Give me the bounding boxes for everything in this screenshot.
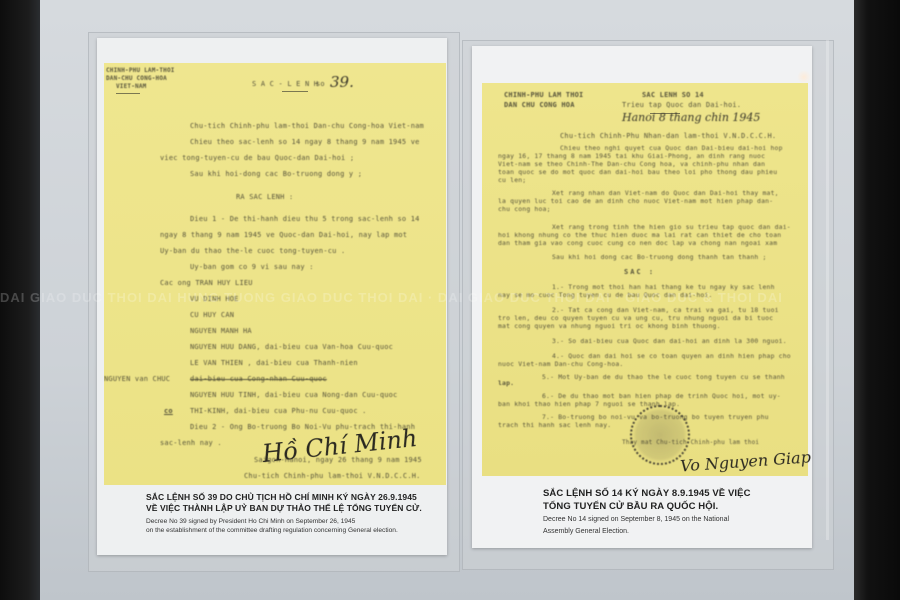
doc-number-label: so (316, 80, 325, 88)
doc-body-line: trach thi hanh sac lenh nay. (498, 421, 611, 429)
doc-header-line: DAN-CHU CONG-HOA (106, 75, 167, 82)
doc-body-line: 5.- Mot Uy-ban de du thao the le cuoc to… (542, 373, 785, 381)
doc-body-line: LE VAN THIEN , dai-bieu cua Thanh-nien (190, 359, 358, 367)
doc-header-line: VIET-NAM (116, 83, 147, 90)
doc-body-line: Dieu 1 - De thi-hanh dieu thu 5 trong sa… (190, 215, 420, 223)
doc-body-line: dan tham gia vao cong cuoc cung co nen d… (498, 239, 777, 247)
doc-body-line: NGUYEN HUU TINH, dai-bieu cua Nong-dan C… (190, 391, 397, 399)
doc-body-line: THI-KINH, dai-bieu cua Phu-nu Cuu-quoc . (190, 407, 367, 415)
doc-body-line: Xet rang trong tinh the hien gio su trie… (552, 223, 791, 231)
doc-body-line: 2.- Tat ca cong dan Viet-nam, ca trai va… (552, 306, 779, 314)
doc-body-line: Xet rang nhan dan Viet-nam do Quoc dan D… (552, 189, 779, 197)
caption-title-line: SẮC LỆNH SỐ 14 KÝ NGÀY 8.9.1945 VỀ VIỆC (543, 487, 803, 500)
title-rule (282, 91, 308, 92)
doc-body-line: Sau khi hoi-dong cac Bo-truong dong y ; (190, 170, 362, 178)
caption-decree-14: SẮC LỆNH SỐ 14 KÝ NGÀY 8.9.1945 VỀ VIỆC … (543, 487, 803, 537)
doc-body-line: tro len, deu co quyen tuyen cu va ung cu… (498, 314, 773, 322)
doc-body-line: Viet-nam se theo Chinh-The Dan-chu Cong … (498, 160, 765, 168)
doc-signer-title: Chu-tich Chinh-phu lam-thoi V.N.D.C.C.H. (244, 472, 421, 480)
doc-body-line: ngay 16, 17 thang 8 nam 1945 tai khu Gia… (498, 152, 765, 160)
doc-body-line: 3.- So dai-bieu cua Quoc dan dai-hoi an … (552, 337, 787, 345)
caption-english-line: Decree No 39 signed by President Ho Chi … (146, 517, 446, 526)
doc-body-line: mat cong quyen va nhung nguoi tri oc kho… (498, 322, 721, 330)
caption-title-line: VỀ VIỆC THÀNH LẬP UỶ BAN DỰ THẢO THỂ LỆ … (146, 503, 446, 514)
doc-body-line: lap. (498, 379, 514, 387)
doc-body-line: toan quoc se do mot quoc dan dai-hoi bau… (498, 168, 777, 176)
doc-title: S A C - L E N H (252, 80, 318, 88)
doc-body-line: 4.- Quoc dan dai hoi se co toan quyen an… (552, 352, 791, 360)
doc-body-line: 6.- De du thao mot ban hien phap de trin… (542, 392, 781, 400)
doc-body-line: hoi khong nhung co the thuc hien duoc ma… (498, 231, 781, 239)
caption-title-line: TỔNG TUYỂN CỬ BẦU RA QUỐC HỘI. (543, 500, 803, 513)
exhibit-photo: CHINH-PHU LAM-THOI DAN-CHU CONG-HOA VIET… (0, 0, 900, 600)
doc-body-line: Chu-tich Chinh-phu lam-thoi Dan-chu Cong… (190, 122, 424, 130)
light-glare (797, 70, 811, 84)
doc-header-line: CHINH-PHU LAM THOI (504, 91, 583, 99)
doc-body-line: dai-bieu cua Cong-nhan Cuu-quoc (190, 375, 327, 383)
doc-body-line: Chieu theo nghi quyet cua Quoc dan Dai-b… (560, 144, 783, 152)
doc-body-line: nuoc Viet-nam Dan-chu Cong-hoa. (498, 360, 623, 368)
doc-body-line: Uy-ban gom co 9 vi sau nay : (190, 263, 314, 271)
doc-body-line: Chieu theo sac-lenh so 14 ngay 8 thang 9… (190, 138, 420, 146)
caption-english-line: Assembly General Election. (543, 526, 803, 537)
doc-body-line: NGUYEN MANH HA (190, 327, 252, 335)
doc-date-handwritten: Hanoi 8 thang chin 1945 (622, 111, 760, 124)
doc-body-heading: SAC : (624, 268, 655, 276)
doc-body-line: viec tong-tuyen-cu de bau Quoc-dan Dai-h… (160, 154, 354, 162)
doc-body-line: Sau khi hoi dong cac Bo-truong dong than… (552, 253, 767, 261)
doc-body-line: la quyen luc toi cao de an dinh cho nuoc… (498, 197, 773, 205)
caption-english-line: on the establishment of the committee dr… (146, 526, 446, 535)
doc-subtitle: Trieu tap Quoc dan Dai-hoi. (622, 101, 741, 109)
doc-body-line: co (164, 407, 173, 415)
doc-body-heading: RA SAC LENH : (236, 193, 293, 201)
doc-body-line: CU HUY CAN (190, 311, 234, 319)
doc-title: SAC LENH SO 14 (642, 91, 704, 99)
header-rule (116, 93, 140, 94)
doc-body-line: NGUYEN HUU DANG, dai-bieu cua Van-hoa Cu… (190, 343, 393, 351)
doc-body-line: Uy-ban du thao the-le cuoc tong-tuyen-cu… (160, 247, 345, 255)
photo-watermark: DAI GIAO DUC THOI DAI HUNG TUONG GIAO DU… (0, 290, 900, 305)
doc-header-line: CHINH-PHU LAM-THOI (106, 67, 175, 74)
doc-header-line: DAN CHU CONG HOA (504, 101, 575, 109)
doc-body-line: chu cong hoa; (498, 205, 551, 213)
doc-body-line: cu len; (498, 176, 526, 184)
caption-decree-39: SẮC LỆNH SỐ 39 DO CHỦ TỊCH HỒ CHÍ MINH K… (146, 492, 446, 535)
glass-reflection (826, 40, 829, 540)
typed-document-decree-14: CHINH-PHU LAM THOI DAN CHU CONG HOA SAC … (482, 83, 808, 476)
caption-title-line: SẮC LỆNH SỐ 39 DO CHỦ TỊCH HỒ CHÍ MINH K… (146, 492, 446, 503)
doc-preamble: Chu-tich Chinh-Phu Nhan-dan lam-thoi V.N… (560, 132, 776, 140)
typed-document-decree-39: CHINH-PHU LAM-THOI DAN-CHU CONG-HOA VIET… (104, 63, 446, 485)
doc-body-line: sac-lenh nay . (160, 439, 222, 447)
doc-number-handwritten: 39. (330, 73, 354, 91)
doc-body-line: ngay 8 thang 9 nam 1945 ve Quoc-dan Dai-… (160, 231, 407, 239)
doc-body-line: NGUYEN van CHUC (104, 375, 170, 383)
doc-body-line: Cac ong TRAN HUY LIEU (160, 279, 253, 287)
caption-english-line: Decree No 14 signed on September 8, 1945… (543, 514, 803, 525)
